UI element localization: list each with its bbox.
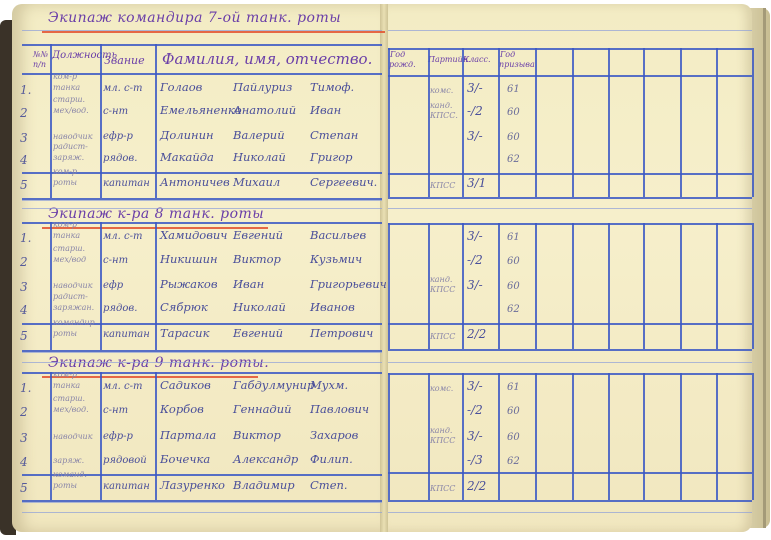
row-rank: капитан	[103, 178, 150, 189]
row-first-name: Виктор	[233, 428, 281, 442]
row-party-2: КПСС	[430, 285, 455, 294]
rule-line	[388, 500, 752, 502]
row-first-name: Евгений	[233, 228, 283, 242]
row-position: заряж.	[53, 153, 84, 162]
row-first-name: Владимир	[233, 478, 295, 492]
column-rule	[643, 373, 645, 500]
row-rank: рядовой	[103, 455, 147, 466]
row-position: ком-р	[53, 370, 77, 379]
row-first-name: Николай	[233, 150, 286, 164]
rule-line	[388, 30, 752, 31]
row-patronymic: Степан	[310, 128, 358, 142]
rule-line	[388, 373, 752, 375]
column-rule	[498, 373, 500, 500]
row-rank: мл. с-т	[103, 231, 142, 242]
row-position: заряж.	[53, 456, 84, 465]
column-rule	[100, 222, 102, 350]
row-patronymic: Иванов	[310, 300, 355, 314]
row-patronymic: Захаров	[310, 428, 358, 442]
row-rank: ефр-р	[103, 431, 133, 442]
row-position: роты	[53, 481, 77, 490]
column-header-draft-year-2: призыва	[499, 60, 535, 69]
column-rule	[388, 223, 390, 349]
row-number: 4	[20, 153, 28, 167]
row-position: мех/вод	[53, 255, 86, 264]
row-party-2: КПСС.	[430, 111, 458, 120]
row-position: командир	[53, 318, 95, 327]
column-rule	[462, 223, 464, 349]
column-rule	[100, 44, 102, 198]
row-patronymic: Григорьевич	[310, 277, 387, 291]
row-draft-year: 61	[507, 84, 520, 95]
row-party: КПСС	[430, 484, 455, 493]
row-class: 3/-	[467, 429, 483, 443]
rule-line	[388, 223, 752, 225]
column-rule	[388, 373, 390, 500]
row-number: 5	[20, 329, 28, 343]
column-rule	[50, 222, 52, 350]
row-class: 3/-	[467, 81, 483, 95]
column-rule	[680, 48, 682, 197]
row-party: КПСС	[430, 332, 455, 341]
row-position: наводчик	[53, 432, 93, 441]
row-surname: Емельяненко	[160, 103, 242, 117]
row-position: заряжан.	[53, 303, 94, 312]
column-rule	[608, 48, 610, 197]
row-rank: капитан	[103, 329, 150, 340]
row-first-name: Михаил	[233, 175, 280, 189]
row-surname: Антоничев	[160, 175, 230, 189]
row-number: 2	[20, 255, 28, 269]
column-rule	[608, 223, 610, 349]
column-rule	[535, 373, 537, 500]
row-party: комс.	[430, 384, 453, 393]
row-patronymic: Мухм.	[310, 378, 348, 392]
row-position: танка	[53, 381, 80, 390]
row-patronymic: Павлович	[310, 402, 369, 416]
row-position: мех/вод.	[53, 405, 89, 414]
column-rule	[535, 48, 537, 197]
rule-line	[22, 30, 382, 31]
rule-line	[22, 362, 382, 363]
row-class: 3/1	[467, 176, 486, 190]
row-first-name: Иван	[233, 277, 264, 291]
row-first-name: Александр	[233, 452, 298, 466]
spine	[380, 4, 388, 532]
column-rule	[100, 372, 102, 500]
row-patronymic: Тимоф.	[310, 80, 354, 94]
rule-line	[388, 208, 752, 209]
column-header-rank: Звание	[104, 54, 145, 67]
row-class: 2/2	[467, 327, 486, 341]
row-surname: Партала	[160, 428, 216, 442]
rule-line	[388, 472, 752, 474]
row-number: 2	[20, 405, 28, 419]
column-rule	[716, 373, 718, 500]
row-party: КПСС	[430, 181, 455, 190]
row-class: -/3	[467, 453, 483, 467]
row-draft-year: 60	[507, 281, 520, 292]
notebook-spread: Экипаж командира 7-ой танк. роты№№п/пДол…	[0, 0, 771, 540]
row-surname: Тарасик	[160, 326, 209, 340]
column-rule	[643, 223, 645, 349]
row-class: -/2	[467, 104, 483, 118]
row-number: 4	[20, 303, 28, 317]
row-position: ком-р	[53, 167, 77, 176]
row-draft-year: 60	[507, 132, 520, 143]
column-rule	[155, 222, 157, 350]
rule-line	[22, 200, 382, 201]
rule-line	[22, 502, 382, 503]
row-rank: с-нт	[103, 106, 128, 117]
column-rule	[572, 223, 574, 349]
row-draft-year: 62	[507, 304, 520, 315]
row-surname: Хамидович	[160, 228, 227, 242]
row-class: 3/-	[467, 379, 483, 393]
rule-line	[388, 48, 752, 50]
row-first-name: Геннадий	[233, 402, 292, 416]
rule-line	[22, 352, 382, 353]
row-number: 5	[20, 481, 28, 495]
rule-line	[388, 362, 752, 363]
row-party-2: КПСС	[430, 436, 455, 445]
row-number: 3	[20, 131, 28, 145]
row-patronymic: Петрович	[310, 326, 373, 340]
row-surname: Макайда	[160, 150, 214, 164]
row-surname: Голаов	[160, 80, 202, 94]
row-first-name: Габдулмунир	[233, 378, 314, 392]
row-rank: ефр-р	[103, 131, 133, 142]
row-number: 5	[20, 178, 28, 192]
column-rule	[155, 372, 157, 500]
row-number: 1.	[20, 381, 31, 395]
row-patronymic: Григор	[310, 150, 352, 164]
row-position: мех/вод.	[53, 106, 89, 115]
row-position: роты	[53, 329, 77, 338]
row-surname: Садиков	[160, 378, 211, 392]
row-position: старш.	[53, 95, 85, 104]
rule-line	[388, 512, 752, 513]
row-position: танка	[53, 231, 80, 240]
row-class: -/2	[467, 403, 483, 417]
column-header-no2: п/п	[33, 60, 46, 69]
row-rank: мл. с-т	[103, 381, 142, 392]
column-rule	[716, 223, 718, 349]
column-rule	[752, 48, 754, 197]
row-party: комс.	[430, 86, 453, 95]
rule-line	[22, 44, 382, 46]
row-number: 2	[20, 106, 28, 120]
column-rule	[643, 48, 645, 197]
row-rank: рядов.	[103, 153, 137, 164]
rule-line	[388, 197, 752, 199]
row-party: канд.	[430, 275, 452, 284]
row-position: ком-р	[53, 72, 77, 81]
column-rule	[462, 48, 464, 197]
row-draft-year: 60	[507, 107, 520, 118]
row-first-name: Анатолий	[233, 103, 296, 117]
row-draft-year: 60	[507, 406, 520, 417]
row-position: старш.	[53, 394, 85, 403]
row-surname: Никишин	[160, 252, 218, 266]
column-rule	[716, 48, 718, 197]
row-draft-year: 61	[507, 232, 520, 243]
row-position: танка	[53, 83, 80, 92]
right-page	[386, 4, 752, 532]
row-surname: Долинин	[160, 128, 214, 142]
column-rule	[388, 48, 390, 197]
row-patronymic: Иван	[310, 103, 341, 117]
row-position: радист-	[53, 142, 88, 151]
column-rule	[428, 48, 430, 197]
row-patronymic: Кузьмич	[310, 252, 362, 266]
column-rule	[572, 48, 574, 197]
row-first-name: Евгений	[233, 326, 283, 340]
row-surname: Рыжаков	[160, 277, 218, 291]
row-party: канд.	[430, 101, 452, 110]
row-surname: Бочечка	[160, 452, 210, 466]
row-class: 3/-	[467, 278, 483, 292]
row-position: ком-р	[53, 220, 77, 229]
column-header-birth-year-2: рожд.	[389, 60, 416, 69]
column-rule	[680, 223, 682, 349]
column-rule	[608, 373, 610, 500]
row-draft-year: 61	[507, 382, 520, 393]
row-position: радист-	[53, 292, 88, 301]
row-position: роты	[53, 178, 77, 187]
column-rule	[50, 44, 52, 198]
column-header-birth-year: Год	[390, 50, 405, 59]
row-number: 3	[20, 280, 28, 294]
rule-line	[388, 173, 752, 175]
row-position: команд.	[53, 470, 87, 479]
row-surname: Лазуренко	[160, 478, 225, 492]
row-patronymic: Филип.	[310, 452, 353, 466]
column-rule	[572, 373, 574, 500]
row-draft-year: 60	[507, 432, 520, 443]
title-underline	[42, 31, 385, 33]
row-party: канд.	[430, 426, 452, 435]
row-position: старш.	[53, 244, 85, 253]
row-rank: ефр	[103, 280, 123, 291]
row-number: 1.	[20, 83, 31, 97]
rule-line	[388, 323, 752, 325]
column-rule	[752, 373, 754, 500]
row-number: 1.	[20, 231, 31, 245]
column-rule	[50, 372, 52, 500]
column-header-no: №№	[33, 50, 48, 59]
row-rank: капитан	[103, 481, 150, 492]
row-draft-year: 62	[507, 154, 520, 165]
row-first-name: Николай	[233, 300, 286, 314]
row-surname: Сябрюк	[160, 300, 208, 314]
row-patronymic: Васильев	[310, 228, 366, 242]
section-title: Экипаж командира 7-ой танк. роты	[48, 10, 341, 26]
row-rank: с-нт	[103, 405, 128, 416]
row-patronymic: Степ.	[310, 478, 348, 492]
row-surname: Корбов	[160, 402, 204, 416]
row-first-name: Пайлуриз	[233, 80, 292, 94]
column-rule	[752, 223, 754, 349]
row-rank: мл. с-т	[103, 83, 142, 94]
row-rank: рядов.	[103, 303, 137, 314]
rule-line	[388, 75, 752, 77]
rule-line	[22, 208, 382, 209]
row-class: 3/-	[467, 229, 483, 243]
row-rank: с-нт	[103, 255, 128, 266]
rule-line	[388, 349, 752, 351]
column-rule	[462, 373, 464, 500]
column-rule	[155, 44, 157, 198]
row-position: наводчик	[53, 281, 93, 290]
column-rule	[535, 223, 537, 349]
row-patronymic: Сергеевич.	[310, 175, 377, 189]
column-rule	[498, 48, 500, 197]
row-position: наводчик	[53, 132, 93, 141]
column-header-draft-year: Год	[500, 50, 515, 59]
row-first-name: Виктор	[233, 252, 281, 266]
section-title: Экипаж к-ра 9 танк. роты.	[48, 355, 269, 371]
column-rule	[498, 223, 500, 349]
row-number: 4	[20, 455, 28, 469]
column-header-class: Класс.	[463, 55, 491, 64]
row-number: 3	[20, 431, 28, 445]
row-draft-year: 62	[507, 456, 520, 467]
row-draft-year: 60	[507, 256, 520, 267]
column-rule	[680, 373, 682, 500]
rule-line	[22, 512, 382, 513]
row-class: 2/2	[467, 479, 486, 493]
row-class: -/2	[467, 253, 483, 267]
row-first-name: Валерий	[233, 128, 285, 142]
row-class: 3/-	[467, 129, 483, 143]
column-header-name: Фамилия, имя, отчество.	[162, 50, 372, 68]
